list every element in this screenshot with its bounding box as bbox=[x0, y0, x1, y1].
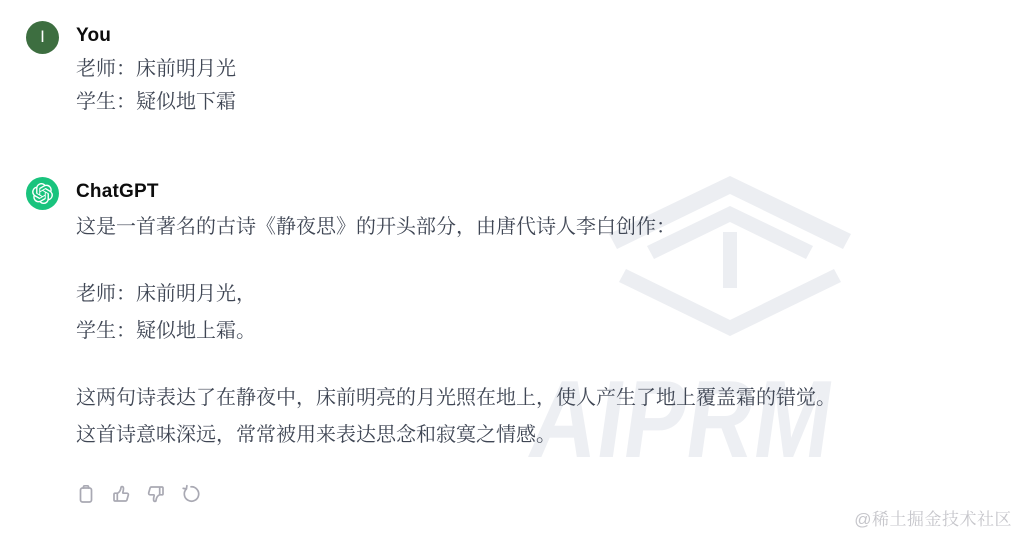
thumbs-down-icon bbox=[146, 484, 166, 504]
thumbs-up-icon bbox=[111, 484, 131, 504]
response-line: 学生：疑似地上霜。 bbox=[76, 320, 256, 342]
user-message-line: 老师：床前明月光 bbox=[76, 53, 236, 86]
user-message: I You 老师：床前明月光 学生：疑似地下霜 bbox=[26, 21, 236, 119]
user-avatar-initial: I bbox=[40, 28, 45, 45]
assistant-message: ChatGPT 这是一首著名的古诗《静夜思》的开头部分，由唐代诗人李白创作： 老… bbox=[26, 177, 836, 504]
response-line: 老师：床前明月光， bbox=[76, 283, 256, 305]
assistant-response: 这是一首著名的古诗《静夜思》的开头部分，由唐代诗人李白创作： 老师：床前明月光，… bbox=[76, 209, 836, 454]
openai-logo-icon bbox=[32, 183, 53, 204]
message-action-bar bbox=[76, 484, 836, 504]
copy-button[interactable] bbox=[76, 484, 96, 504]
user-name: You bbox=[76, 21, 236, 47]
thumbs-down-button[interactable] bbox=[146, 484, 166, 504]
response-line: 这首诗意味深远，常常被用来表达思念和寂寞之情感。 bbox=[76, 424, 556, 446]
user-message-line: 学生：疑似地下霜 bbox=[76, 86, 236, 119]
community-watermark: @稀土掘金技术社区 bbox=[854, 505, 1012, 530]
chatgpt-avatar bbox=[26, 177, 59, 210]
response-paragraph: 这是一首著名的古诗《静夜思》的开头部分，由唐代诗人李白创作： bbox=[76, 209, 836, 246]
response-line: 这是一首著名的古诗《静夜思》的开头部分，由唐代诗人李白创作： bbox=[76, 216, 676, 238]
response-line: 这两句诗表达了在静夜中，床前明亮的月光照在地上，使人产生了地上覆盖霜的错觉。 bbox=[76, 387, 836, 409]
clipboard-icon bbox=[76, 484, 96, 504]
response-paragraph: 这两句诗表达了在静夜中，床前明亮的月光照在地上，使人产生了地上覆盖霜的错觉。 这… bbox=[76, 380, 836, 454]
response-paragraph: 老师：床前明月光， 学生：疑似地上霜。 bbox=[76, 276, 836, 350]
user-avatar: I bbox=[26, 21, 59, 54]
thumbs-up-button[interactable] bbox=[111, 484, 131, 504]
assistant-name: ChatGPT bbox=[76, 177, 836, 203]
regenerate-icon bbox=[181, 484, 201, 504]
regenerate-button[interactable] bbox=[181, 484, 201, 504]
